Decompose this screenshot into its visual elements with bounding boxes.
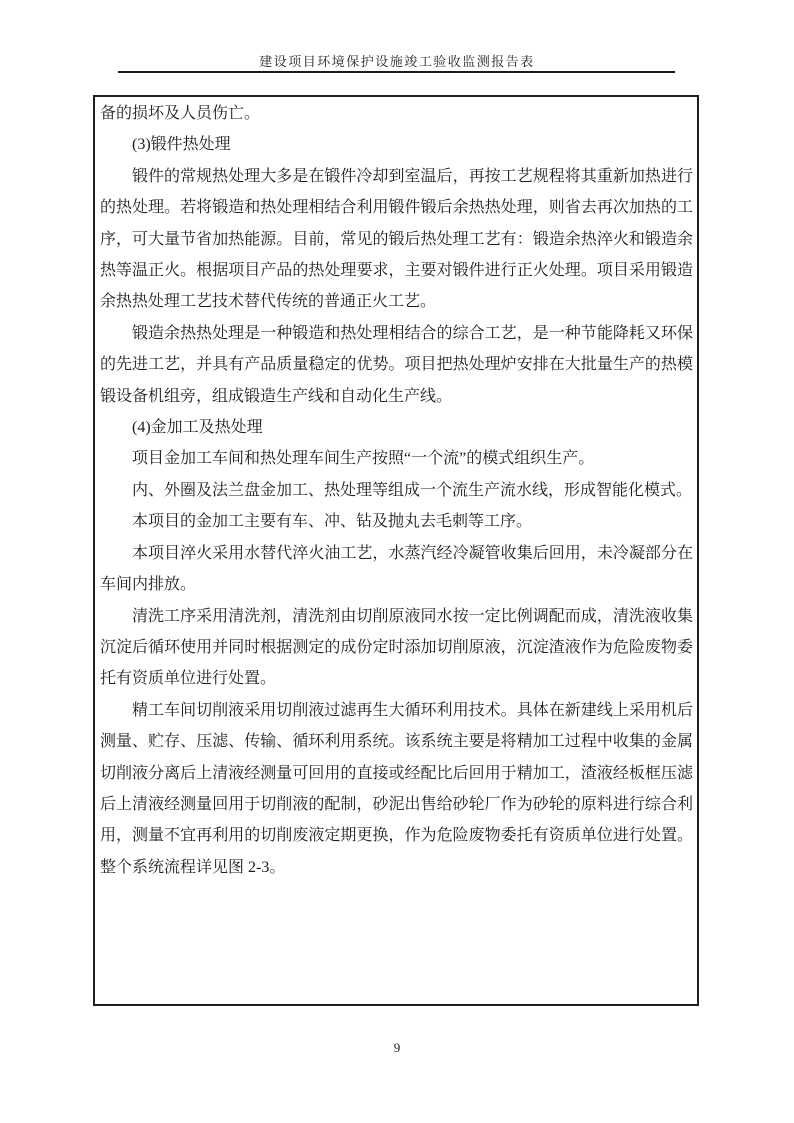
paragraph: 清洗工序采用清洗剂，清洗剂由切削原液同水按一定比例调配而成，清洗液收集沉淀后循环…: [100, 601, 693, 695]
paragraph: 项目金加工车间和热处理车间生产按照“一个流”的模式组织生产。: [100, 443, 693, 474]
paragraph: 锻件的常规热处理大多是在锻件冷却到室温后，再按工艺规程将其重新加热进行的热处理。…: [100, 161, 693, 318]
paragraph: 内、外圈及法兰盘金加工、热处理等组成一个流生产流水线，形成智能化模式。: [100, 475, 693, 506]
paragraph: 精工车间切削液采用切削液过滤再生大循环利用技术。具体在新建线上采用机后测量、贮存…: [100, 695, 693, 883]
paragraph-continuation: 备的损坏及人员伤亡。: [100, 98, 693, 129]
page-number: 9: [0, 1040, 794, 1056]
header-title: 建设项目环境保护设施竣工验收监测报告表: [0, 51, 794, 70]
paragraph: 锻造余热热处理是一种锻造和热处理相结合的综合工艺，是一种节能降耗又环保的先进工艺…: [100, 318, 693, 412]
content-box: 备的损坏及人员伤亡。 (3)锻件热处理 锻件的常规热处理大多是在锻件冷却到室温后…: [93, 95, 699, 1006]
section-heading-3: (3)锻件热处理: [100, 129, 693, 160]
paragraph: 本项目淬火采用水替代淬火油工艺，水蒸汽经冷凝管收集后回用，未冷凝部分在车间内排放…: [100, 538, 693, 601]
document-page: 建设项目环境保护设施竣工验收监测报告表 备的损坏及人员伤亡。 (3)锻件热处理 …: [0, 0, 794, 1123]
header-underline: [118, 71, 675, 73]
paragraph: 本项目的金加工主要有车、冲、钻及抛丸去毛刺等工序。: [100, 506, 693, 537]
section-heading-4: (4)金加工及热处理: [100, 412, 693, 443]
